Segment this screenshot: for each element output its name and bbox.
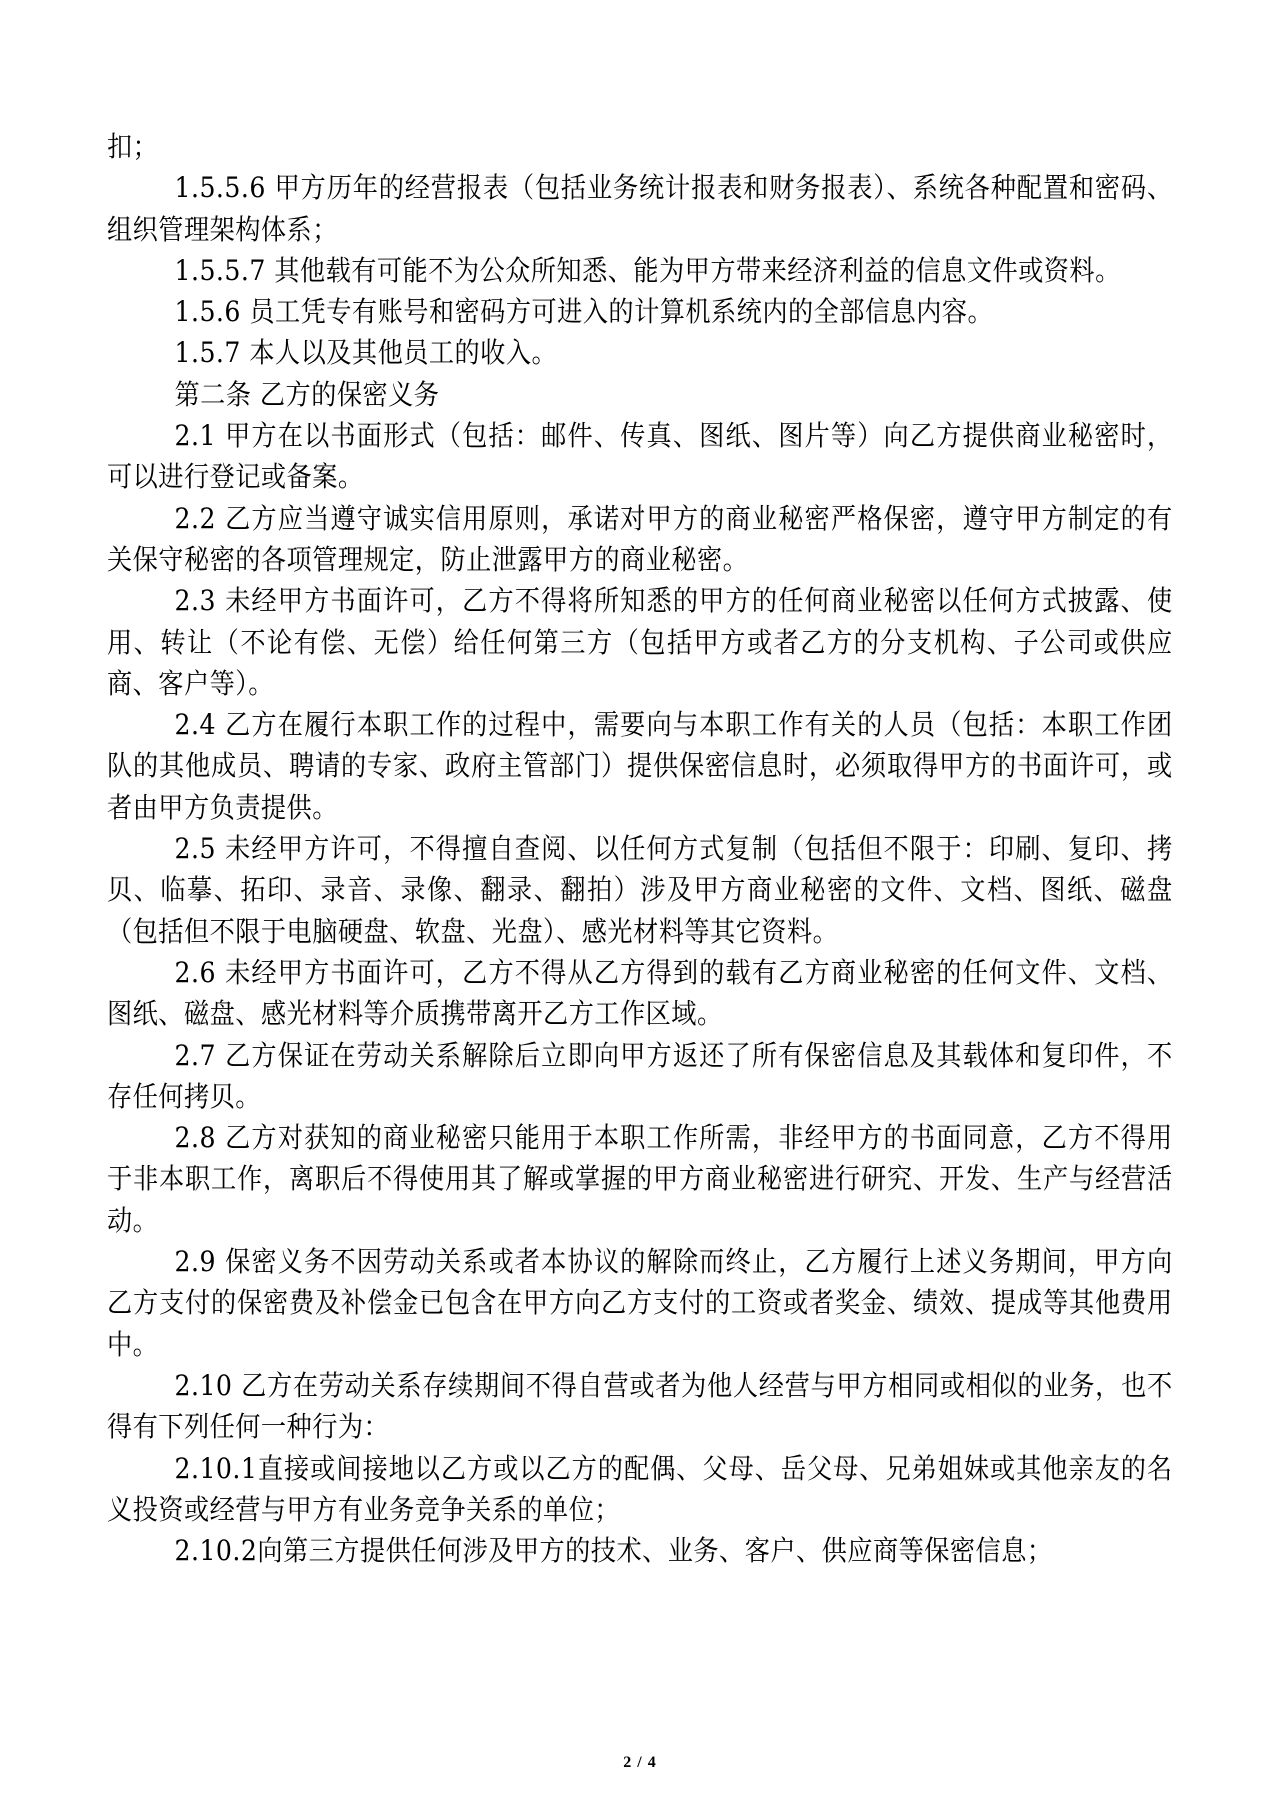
paragraph-2-1: 2.1 甲方在以书面形式（包括：邮件、传真、图纸、图片等）向乙方提供商业秘密时，… — [107, 415, 1173, 498]
document-page: 扣； 1.5.5.6 甲方历年的经营报表（包括业务统计报表和财务报表）、系统各种… — [0, 0, 1280, 1810]
paragraph-1-5-6: 1.5.6 员工凭专有账号和密码方可进入的计算机系统内的全部信息内容。 — [107, 291, 1173, 332]
paragraph-2-10: 2.10 乙方在劳动关系存续期间不得自营或者为他人经营与甲方相同或相似的业务，也… — [107, 1365, 1173, 1448]
document-body: 扣； 1.5.5.6 甲方历年的经营报表（包括业务统计报表和财务报表）、系统各种… — [107, 126, 1173, 1571]
paragraph-1-5-5-7: 1.5.5.7 其他载有可能不为公众所知悉、能为甲方带来经济利益的信息文件或资料… — [107, 250, 1173, 291]
paragraph-continuation: 扣； — [107, 126, 1173, 167]
paragraph-2-4: 2.4 乙方在履行本职工作的过程中，需要向与本职工作有关的人员（包括：本职工作团… — [107, 704, 1173, 828]
paragraph-1-5-7: 1.5.7 本人以及其他员工的收入。 — [107, 332, 1173, 373]
section-heading-article-2: 第二条 乙方的保密义务 — [107, 374, 1173, 415]
page-number: 2 / 4 — [0, 1754, 1280, 1772]
paragraph-2-8: 2.8 乙方对获知的商业秘密只能用于本职工作所需，非经甲方的书面同意，乙方不得用… — [107, 1117, 1173, 1241]
paragraph-2-10-2: 2.10.2向第三方提供任何涉及甲方的技术、业务、客户、供应商等保密信息； — [107, 1530, 1173, 1571]
paragraph-2-2: 2.2 乙方应当遵守诚实信用原则，承诺对甲方的商业秘密严格保密，遵守甲方制定的有… — [107, 498, 1173, 581]
paragraph-2-7: 2.7 乙方保证在劳动关系解除后立即向甲方返还了所有保密信息及其载体和复印件，不… — [107, 1035, 1173, 1118]
paragraph-2-5: 2.5 未经甲方许可，不得擅自查阅、以任何方式复制（包括但不限于：印刷、复印、拷… — [107, 828, 1173, 952]
paragraph-1-5-5-6: 1.5.5.6 甲方历年的经营报表（包括业务统计报表和财务报表）、系统各种配置和… — [107, 167, 1173, 250]
paragraph-2-6: 2.6 未经甲方书面许可，乙方不得从乙方得到的载有乙方商业秘密的任何文件、文档、… — [107, 952, 1173, 1035]
paragraph-2-3: 2.3 未经甲方书面许可，乙方不得将所知悉的甲方的任何商业秘密以任何方式披露、使… — [107, 580, 1173, 704]
paragraph-2-10-1: 2.10.1直接或间接地以乙方或以乙方的配偶、父母、岳父母、兄弟姐妹或其他亲友的… — [107, 1448, 1173, 1531]
paragraph-2-9: 2.9 保密义务不因劳动关系或者本协议的解除而终止，乙方履行上述义务期间，甲方向… — [107, 1241, 1173, 1365]
